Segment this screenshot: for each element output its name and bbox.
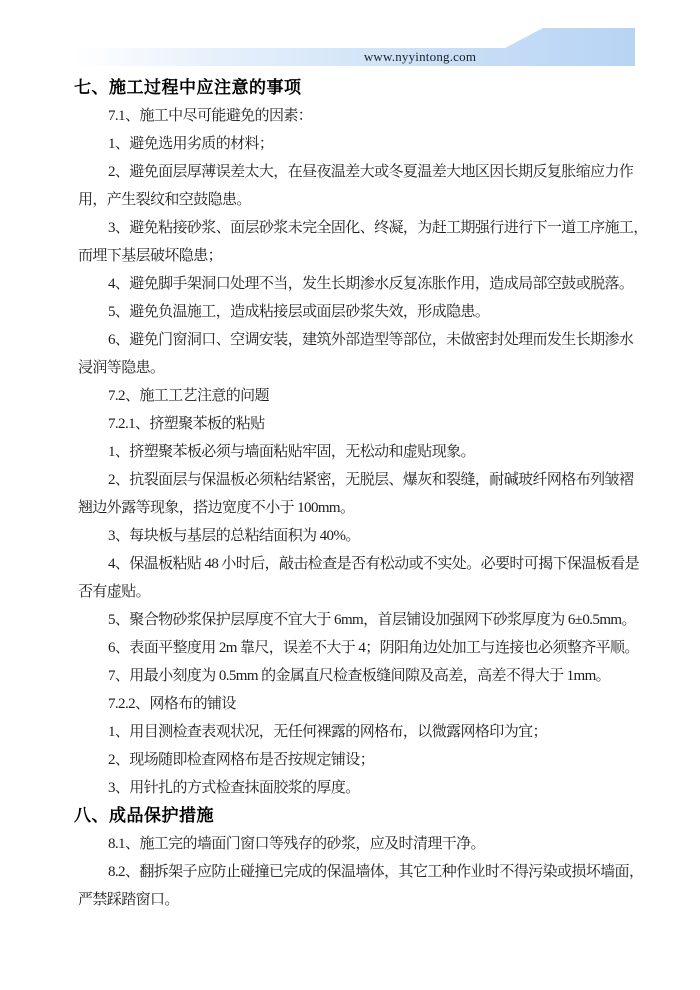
text-line: 1、用目测检查表观状况，无任何裸露的网格布，以微露网格印为宜； — [78, 718, 663, 746]
document-content: 七、施工过程中应注意的事项 7.1、施工中尽可能避免的因素：1、避免选用劣质的材… — [78, 74, 663, 914]
text-line: 7.2.2、网格布的铺设 — [78, 690, 663, 718]
text-line: 7.2.1、挤塑聚苯板的粘贴 — [78, 410, 663, 438]
text-line: 1、避免选用劣质的材料； — [78, 130, 663, 158]
text-line: 浸润等隐患。 — [78, 354, 663, 382]
section-8-heading: 八、成品保护措施 — [74, 804, 663, 828]
section-7-body: 7.1、施工中尽可能避免的因素：1、避免选用劣质的材料；2、避免面层厚薄误差太大… — [78, 100, 663, 802]
text-line: 7.2、施工工艺注意的问题 — [78, 382, 663, 410]
text-line: 6、表面平整度用 2m 靠尺，误差不大于 4；阴阳角边处加工与连接也必须整齐平顺… — [78, 634, 663, 662]
text-line: 2、现场随即检查网格布是否按规定铺设； — [78, 746, 663, 774]
document-page: www.nyyintong.com 七、施工过程中应注意的事项 7.1、施工中尽… — [0, 0, 700, 990]
text-line: 6、避免门窗洞口、空调安装，建筑外部造型等部位，未做密封处理而发生长期渗水 — [78, 326, 663, 354]
text-line: 否有虚贴。 — [78, 578, 663, 606]
text-line: 3、每块板与基层的总粘结面积为 40%。 — [78, 522, 663, 550]
text-line: 8.1、施工完的墙面门窗口等残存的砂浆，应及时清理干净。 — [78, 830, 663, 858]
text-line: 2、抗裂面层与保温板必须粘结紧密，无脱层、爆灰和裂缝，耐碱玻纤网格布列皱褶 — [78, 466, 663, 494]
section-8-body: 8.1、施工完的墙面门窗口等残存的砂浆，应及时清理干净。8.2、翻拆架子应防止碰… — [78, 828, 663, 914]
text-line: 翘边外露等现象，搭边宽度不小于 100mm。 — [78, 494, 663, 522]
text-line: 8.2、翻拆架子应防止碰撞已完成的保温墙体，其它工种作业时不得污染或损坏墙面， — [78, 858, 663, 886]
text-line: 7.1、施工中尽可能避免的因素： — [78, 102, 663, 130]
website-url: www.nyyintong.com — [300, 49, 540, 65]
text-line: 4、保温板粘贴 48 小时后，敲击检查是否有松动或不实处。必要时可揭下保温板看是 — [78, 550, 663, 578]
text-line: 3、用针扎的方式检查抹面胶浆的厚度。 — [78, 774, 663, 802]
section-7-heading: 七、施工过程中应注意的事项 — [74, 76, 663, 100]
text-line: 5、避免负温施工，造成粘接层或面层砂浆失效，形成隐患。 — [78, 298, 663, 326]
text-line: 3、避免粘接砂浆、面层砂浆未完全固化、终凝，为赶工期强行进行下一道工序施工， — [78, 214, 663, 242]
text-line: 1、挤塑聚苯板必须与墙面粘贴牢固，无松动和虚贴现象。 — [78, 438, 663, 466]
text-line: 用，产生裂纹和空鼓隐患。 — [78, 186, 663, 214]
text-line: 2、避免面层厚薄误差太大，在昼夜温差大或冬夏温差大地区因长期反复胀缩应力作 — [78, 158, 663, 186]
text-line: 而埋下基层破坏隐患； — [78, 242, 663, 270]
text-line: 严禁踩踏窗口。 — [78, 886, 663, 914]
text-line: 5、聚合物砂浆保护层厚度不宜大于 6mm，首层铺设加强网下砂浆厚度为 6±0.5… — [78, 606, 663, 634]
text-line: 4、避免脚手架洞口处理不当，发生长期渗水反复冻胀作用，造成局部空鼓或脱落。 — [78, 270, 663, 298]
text-line: 7、用最小刻度为 0.5mm 的金属直尺检查板缝间隙及高差，高差不得大于 1mm… — [78, 662, 663, 690]
